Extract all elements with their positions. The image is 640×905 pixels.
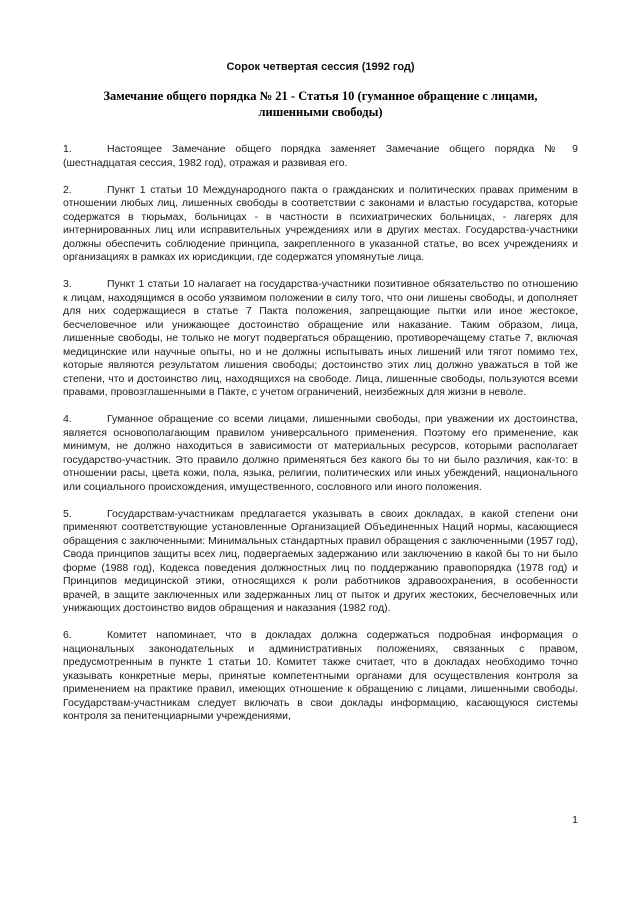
paragraph-text: Гуманное обращение со всеми лицами, лише… <box>63 413 578 493</box>
paragraph-4: 4.Гуманное обращение со всеми лицами, ли… <box>63 413 578 494</box>
document-page: Сорок четвертая сессия (1992 год) Замеча… <box>0 0 640 905</box>
paragraph-number: 1. <box>63 143 107 157</box>
paragraph-number: 5. <box>63 508 107 522</box>
paragraph-text: Пункт 1 статьи 10 налагает на государств… <box>63 278 578 398</box>
paragraph-number: 4. <box>63 413 107 427</box>
paragraph-3: 3.Пункт 1 статьи 10 налагает на государс… <box>63 278 578 400</box>
document-title-line1: Замечание общего порядка № 21 - Статья 1… <box>63 88 578 104</box>
document-title-line2: лишенными свободы) <box>63 104 578 120</box>
paragraph-2: 2.Пункт 1 статьи 10 Международного пакта… <box>63 184 578 265</box>
paragraph-number: 6. <box>63 629 107 643</box>
paragraph-1: 1.Настоящее Замечание общего порядка зам… <box>63 143 578 170</box>
session-heading: Сорок четвертая сессия (1992 год) <box>63 61 578 74</box>
page-number: 1 <box>572 814 578 827</box>
paragraph-number: 3. <box>63 278 107 292</box>
paragraph-5: 5.Государствам-участникам предлагается у… <box>63 508 578 616</box>
paragraph-text: Настоящее Замечание общего порядка замен… <box>63 143 578 169</box>
paragraph-text: Комитет напоминает, что в докладах должн… <box>63 629 578 722</box>
paragraph-text: Пункт 1 статьи 10 Международного пакта о… <box>63 184 578 264</box>
paragraph-text: Государствам-участникам предлагается ука… <box>63 508 578 615</box>
paragraph-number: 2. <box>63 184 107 198</box>
paragraph-6: 6.Комитет напоминает, что в докладах дол… <box>63 629 578 724</box>
document-title: Замечание общего порядка № 21 - Статья 1… <box>63 88 578 120</box>
